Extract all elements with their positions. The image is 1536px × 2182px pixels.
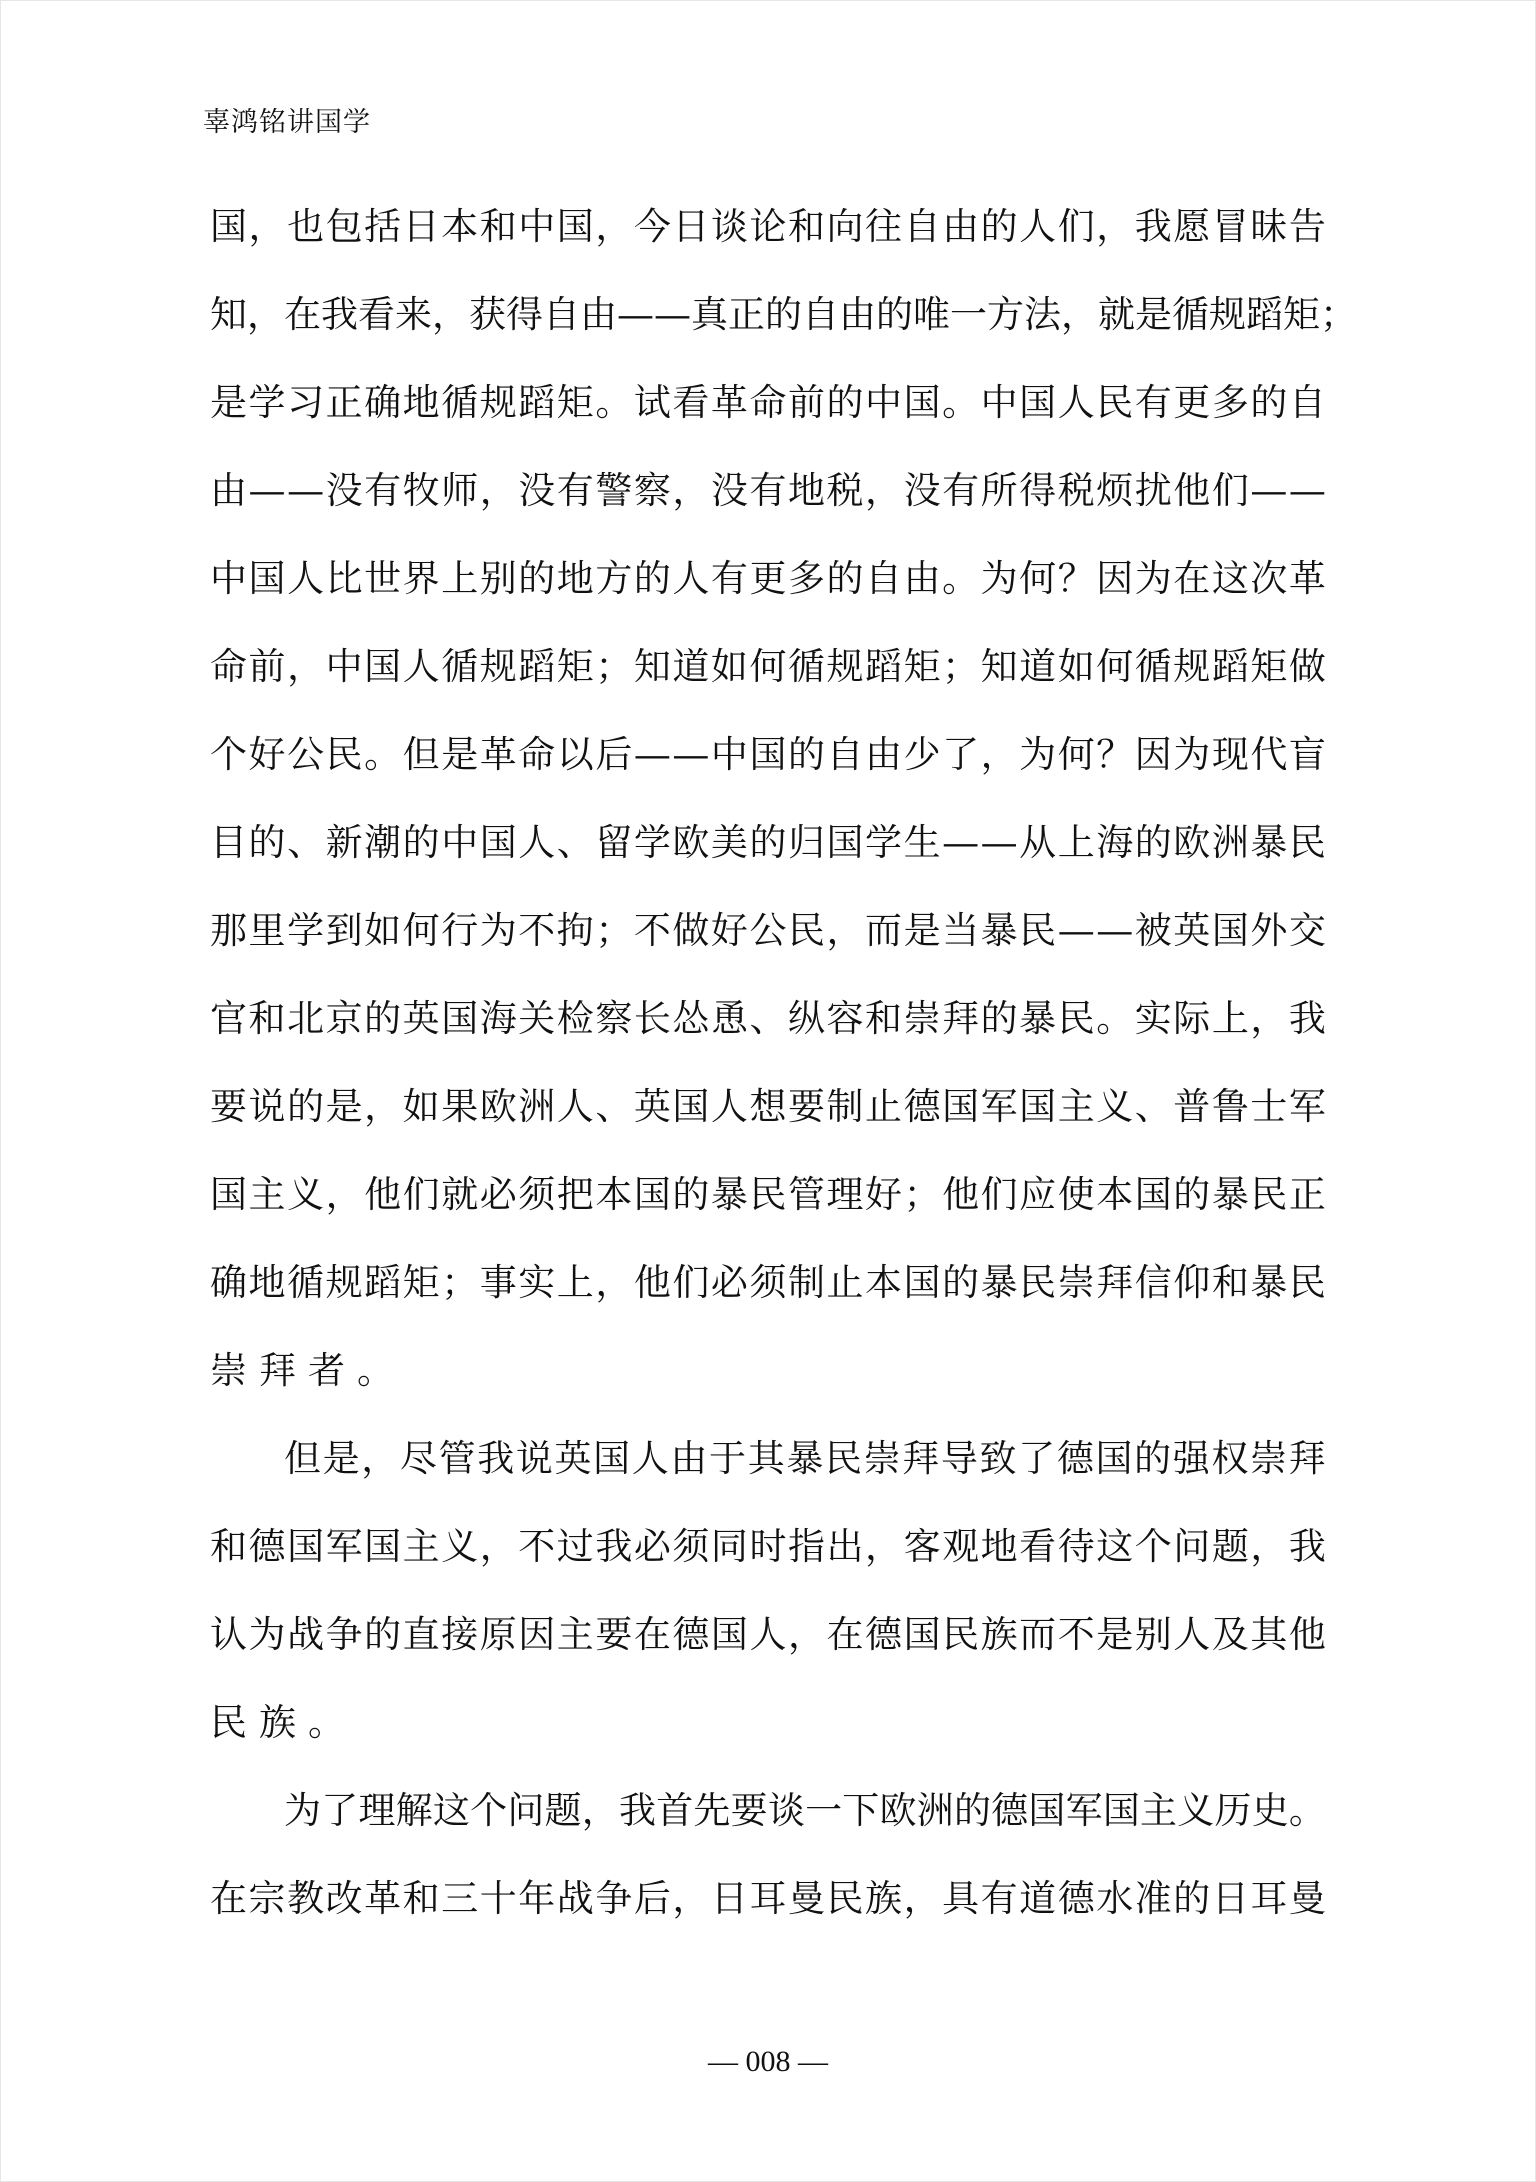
paragraph-first-line: 为了理解这个问题，我首先要谈一下欧洲的德国军国主义历史。 <box>210 1784 1326 1872</box>
text-line: 要说的是，如果欧洲人、英国人想要制止德国军国主义、普鲁士军 <box>210 1080 1326 1168</box>
text-line: 个好公民。但是革命以后——中国的自由少了，为何？因为现代盲 <box>210 728 1326 816</box>
text-line: 中国人比世界上别的地方的人有更多的自由。为何？因为在这次革 <box>210 552 1326 640</box>
text-line: 命前，中国人循规蹈矩；知道如何循规蹈矩；知道如何循规蹈矩做 <box>210 640 1326 728</box>
text-line: 由——没有牧师，没有警察，没有地税，没有所得税烦扰他们—— <box>210 464 1326 552</box>
text-line: 目的、新潮的中国人、留学欧美的归国学生——从上海的欧洲暴民 <box>210 816 1326 904</box>
body-text: 国，也包括日本和中国，今日谈论和向往自由的人们，我愿冒昧告 知，在我看来，获得自… <box>210 200 1326 1960</box>
paragraph-end-line: 民族。 <box>210 1696 1326 1784</box>
text-line: 在宗教改革和三十年战争后，日耳曼民族，具有道德水准的日耳曼 <box>210 1872 1326 1960</box>
text-line: 国，也包括日本和中国，今日谈论和向往自由的人们，我愿冒昧告 <box>210 200 1326 288</box>
text-line: 认为战争的直接原因主要在德国人，在德国民族而不是别人及其他 <box>210 1608 1326 1696</box>
text-line: 官和北京的英国海关检察长怂恿、纵容和崇拜的暴民。实际上，我 <box>210 992 1326 1080</box>
running-header-title: 辜鸿铭讲国学 <box>203 106 371 140</box>
page-number: — 008 — <box>0 2044 1536 2080</box>
paragraph-end-line: 崇拜者。 <box>210 1344 1326 1432</box>
text-line: 确地循规蹈矩；事实上，他们必须制止本国的暴民崇拜信仰和暴民 <box>210 1256 1326 1344</box>
text-line: 国主义，他们就必须把本国的暴民管理好；他们应使本国的暴民正 <box>210 1168 1326 1256</box>
paragraph-first-line: 但是，尽管我说英国人由于其暴民崇拜导致了德国的强权崇拜 <box>210 1432 1326 1520</box>
text-line: 和德国军国主义，不过我必须同时指出，客观地看待这个问题，我 <box>210 1520 1326 1608</box>
text-line: 是学习正确地循规蹈矩。试看革命前的中国。中国人民有更多的自 <box>210 376 1326 464</box>
text-line: 知，在我看来，获得自由——真正的自由的唯一方法，就是循规蹈矩； <box>210 288 1326 376</box>
text-line: 那里学到如何行为不拘；不做好公民，而是当暴民——被英国外交 <box>210 904 1326 992</box>
